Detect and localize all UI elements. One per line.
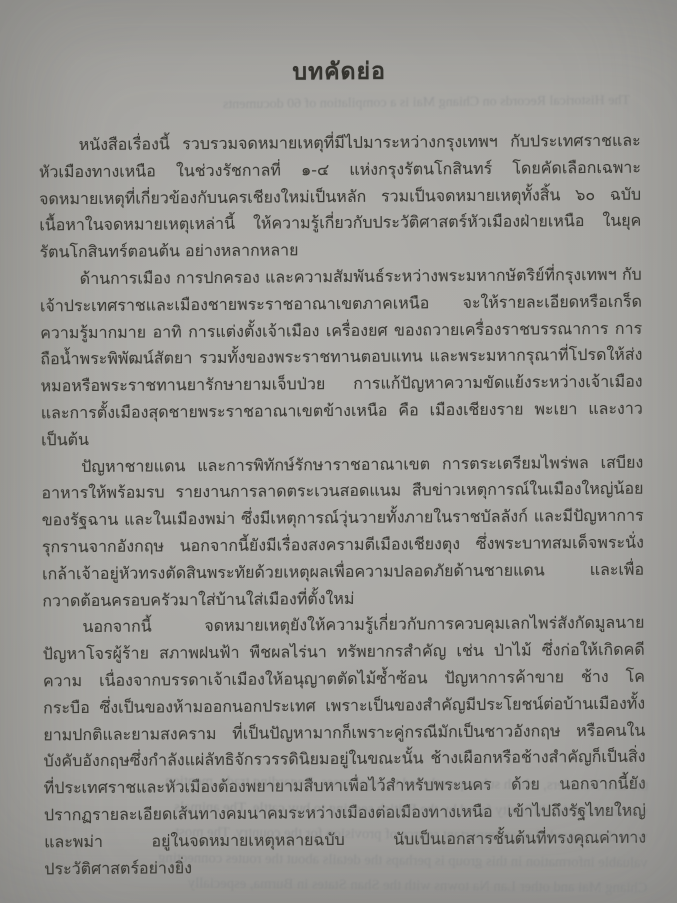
photographed-page: The Historical Records on Chiang Mai is … bbox=[0, 0, 677, 903]
paragraph-1: หนังสือเรื่องนี้ รวบรวมจดหมายเหตุที่มีไป… bbox=[39, 128, 642, 267]
paragraph-4: นอกจากนี้ จดหมายเหตุยังให้ความรู้เกี่ยวก… bbox=[42, 610, 646, 883]
paragraph-2: ด้านการเมือง การปกครอง และความสัมพันธ์ระ… bbox=[40, 262, 643, 454]
paragraph-3: ปัญหาชายแดน และการพิทักษ์รักษาราชอาณาเขต… bbox=[41, 449, 644, 615]
page-title: บทคัดย่อ bbox=[38, 52, 640, 93]
abstract-content: บทคัดย่อ หนังสือเรื่องนี้ รวบรวมจดหมายเห… bbox=[38, 52, 646, 883]
